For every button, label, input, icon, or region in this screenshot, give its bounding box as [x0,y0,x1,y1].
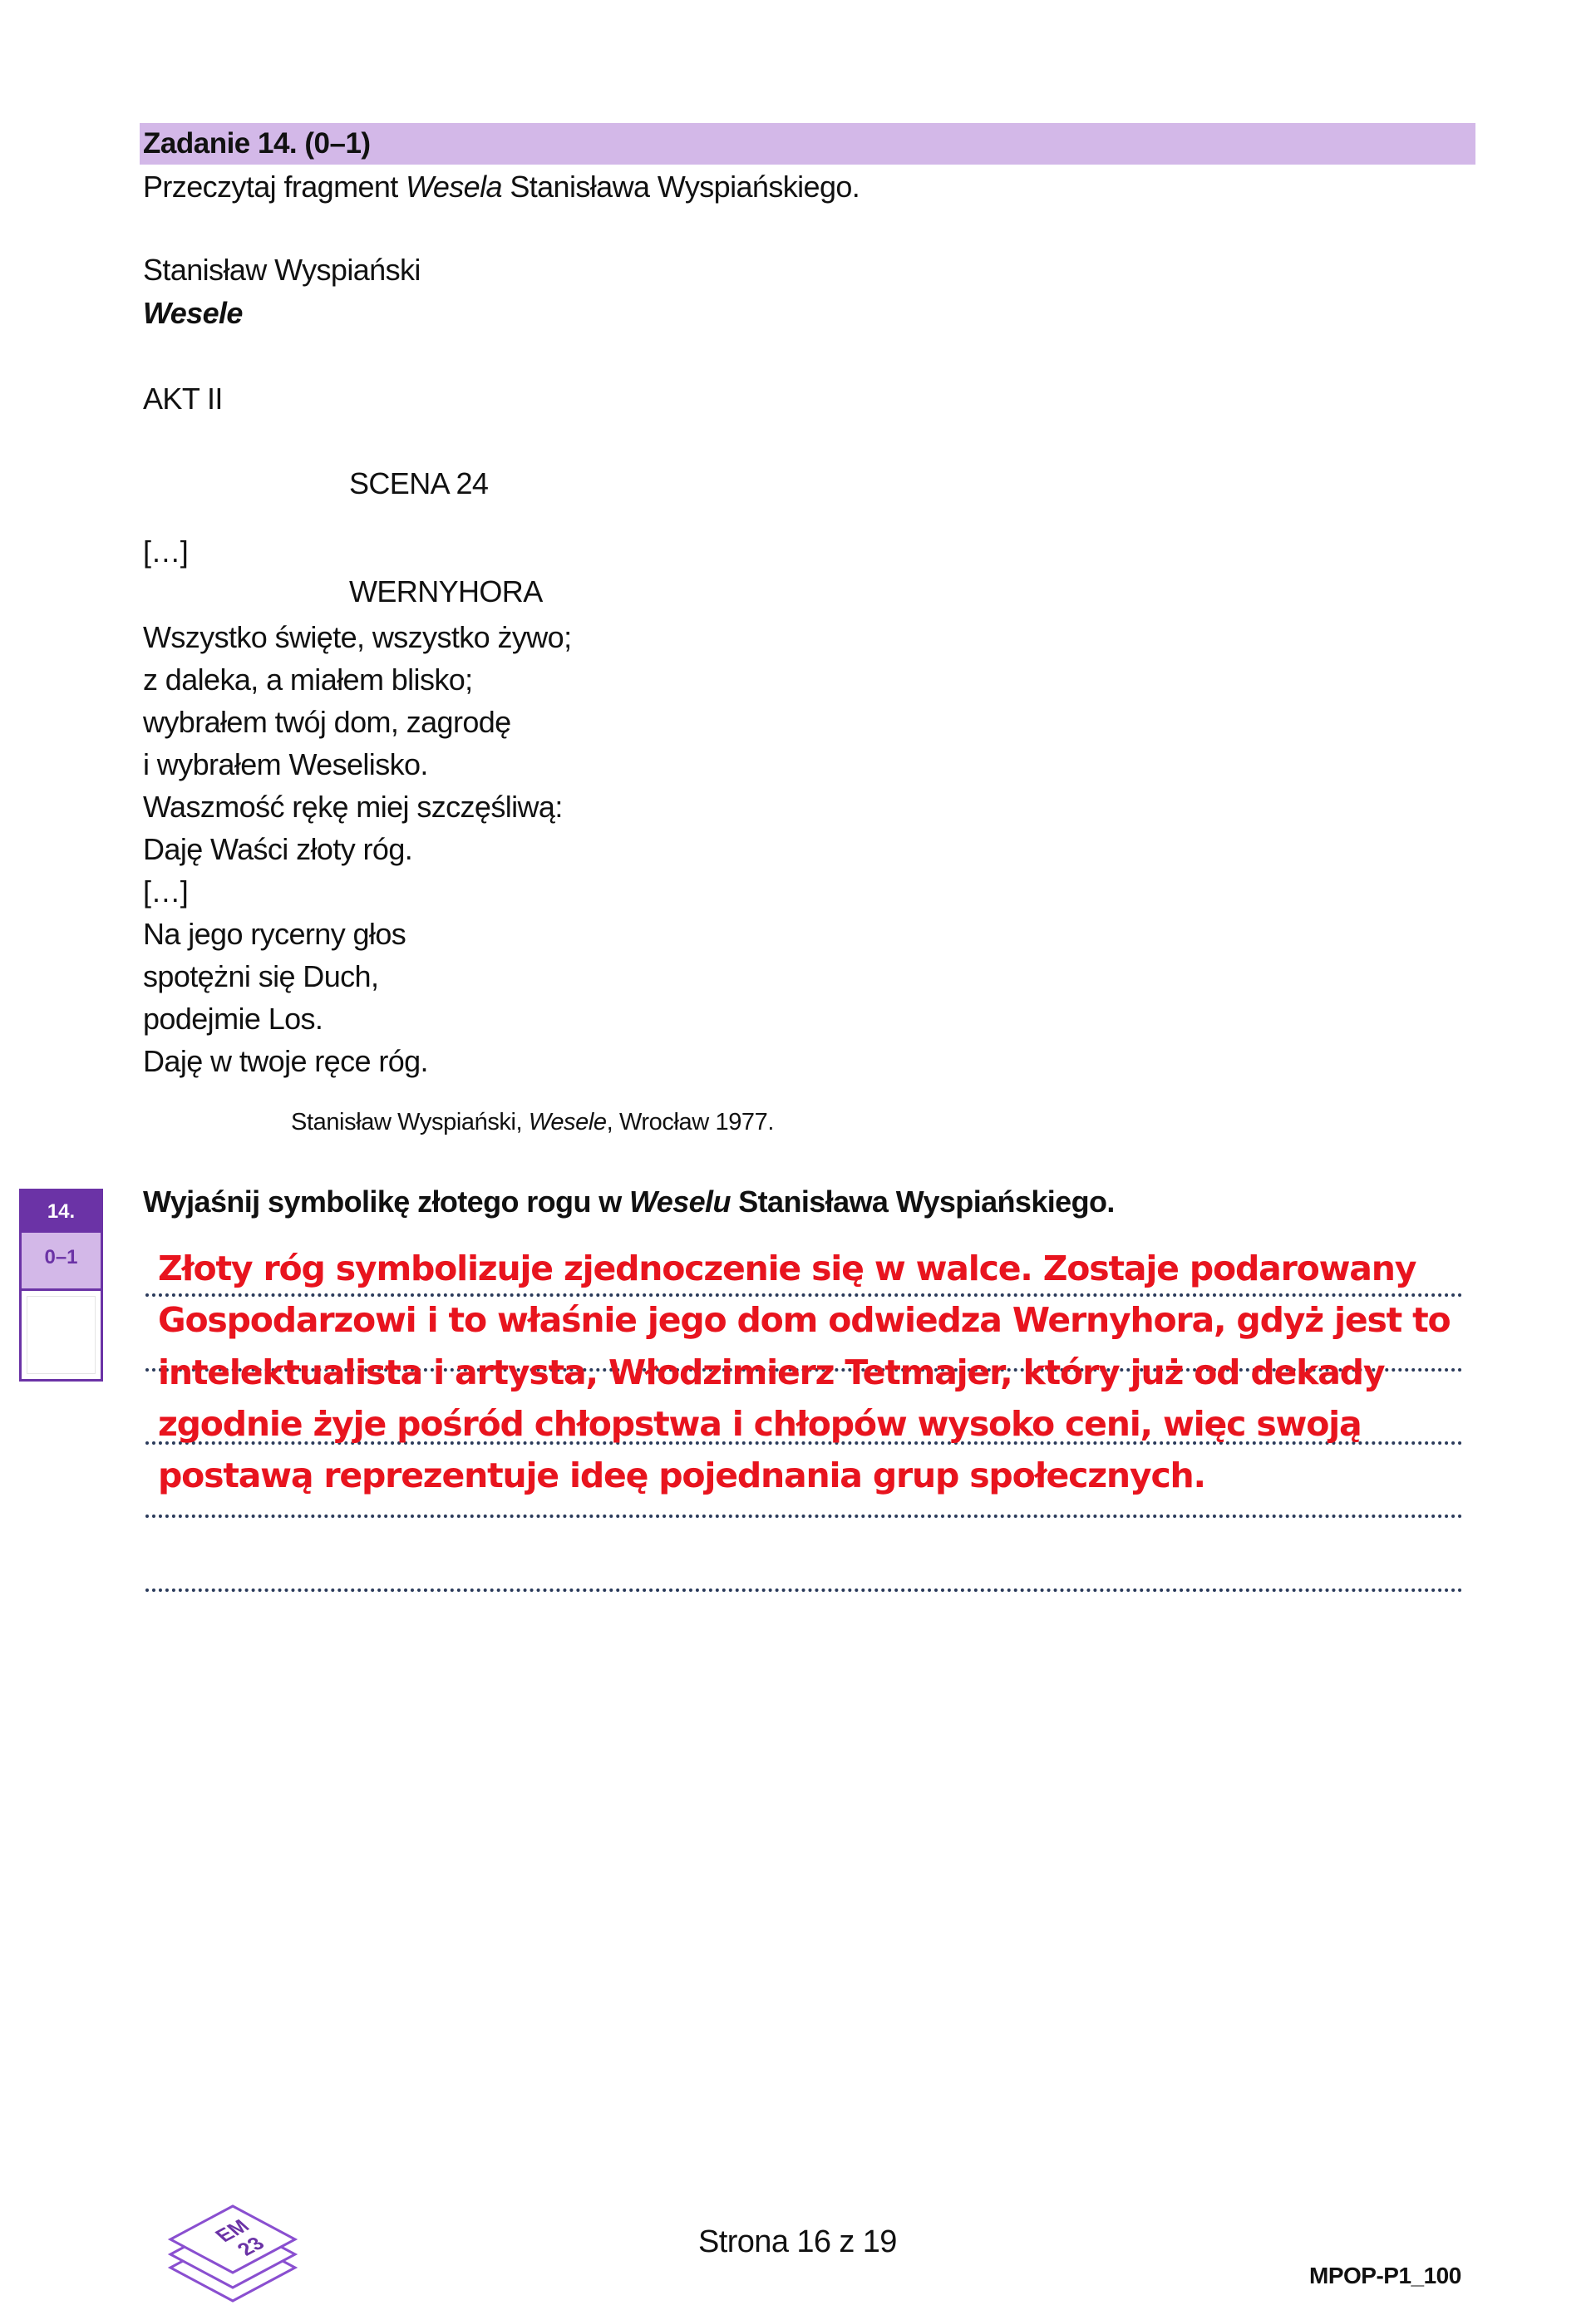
citation-prefix: Stanisław Wyspiański, [291,1109,529,1135]
score-box: 14. 0–1 [19,1189,103,1382]
exam-code: MPOP-P1_100 [1309,2263,1461,2289]
answer-line [145,1515,1463,1518]
author-name: Stanisław Wyspiański [143,252,421,288]
poem-line: i wybrałem Weselisko. [143,746,428,783]
task-title: Zadanie 14. (0–1) [143,125,371,163]
task-intro: Przeczytaj fragment Wesela Stanisława Wy… [143,169,860,205]
task-intro-suffix: Stanisława Wyspiańskiego. [502,170,860,204]
page-number: Strona 16 z 19 [698,2224,897,2260]
question-prefix: Wyjaśnij symbolikę złotego rogu w [143,1185,629,1219]
answer-line-text: Złoty róg symbolizuje zjednoczenie się w… [158,1247,1416,1290]
task-intro-italic: Wesela [406,170,502,204]
poem-line: […] [143,874,188,910]
score-entry-cell[interactable] [27,1296,96,1374]
answer-line-text: postawą reprezentuje ideę pojednania gru… [158,1454,1205,1497]
ellipsis: […] [143,534,188,570]
question-text: Wyjaśnij symbolikę złotego rogu w Weselu… [143,1184,1115,1220]
source-citation: Stanisław Wyspiański, Wesele, Wrocław 19… [291,1107,774,1137]
speaker-name: WERNYHORA [349,574,543,610]
task-intro-prefix: Przeczytaj fragment [143,170,406,204]
poem-line: Waszmość rękę miej szczęśliwą: [143,789,563,825]
answer-line [145,1588,1463,1592]
poem-line: Na jego rycerny głos [143,916,406,953]
question-suffix: Stanisława Wyspiańskiego. [731,1185,1115,1219]
poem-line: z daleka, a miałem blisko; [143,662,473,698]
scene-label: SCENA 24 [349,465,488,502]
poem-line: Daję Waści złoty róg. [143,831,412,868]
poem-line: wybrałem twój dom, zagrodę [143,704,511,741]
answer-line-text: intelektualista i artysta, Włodzimierz T… [158,1351,1384,1394]
score-range-cell: 0–1 [22,1233,101,1291]
citation-italic: Wesele [529,1109,607,1135]
act-label: AKT II [143,381,223,417]
citation-suffix: , Wrocław 1977. [607,1109,774,1135]
poem-line: Daję w twoje ręce róg. [143,1043,428,1080]
em23-logo-icon: EM 23 [158,2203,308,2311]
question-italic: Weselu [629,1185,731,1219]
poem-line: Wszystko święte, wszystko żywo; [143,619,572,656]
task-number-cell: 14. [22,1191,101,1233]
poem-line: podejmie Los. [143,1001,323,1037]
answer-line-text: Gospodarzowi i to właśnie jego dom odwie… [158,1298,1451,1342]
poem-line: spotężni się Duch, [143,958,378,995]
answer-line-text: zgodnie żyje pośród chłopstwa i chłopów … [158,1402,1362,1446]
work-title: Wesele [143,295,243,332]
answer-line [145,1293,1463,1297]
